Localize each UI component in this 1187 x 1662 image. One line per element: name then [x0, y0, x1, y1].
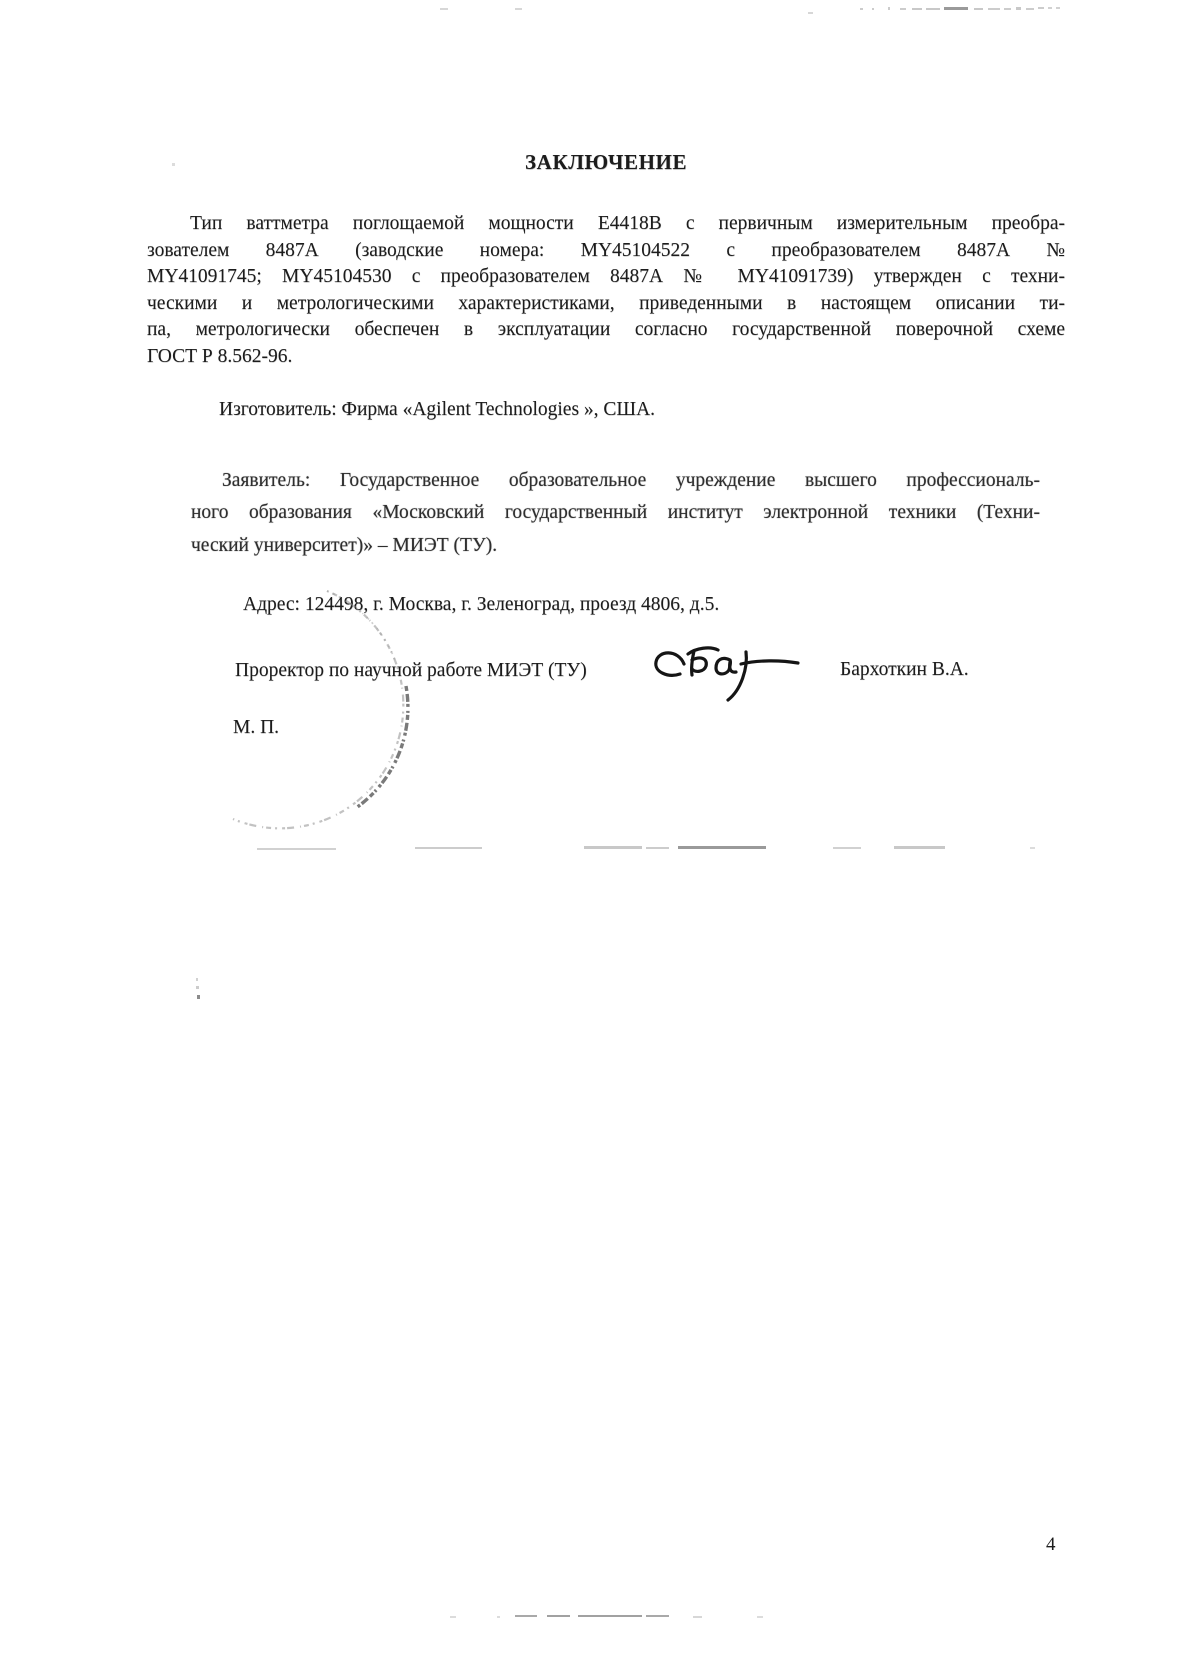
signer-role-label: Проректор по научной работе МИЭТ (ТУ) [235, 658, 587, 685]
page-number: 4 [1046, 1534, 1056, 1556]
paragraph-line: ного образования «Московский государстве… [191, 497, 1040, 529]
manufacturer-line: Изготовитель: Фирма «Agilent Technologie… [219, 397, 655, 424]
handwritten-signature-icon [648, 638, 823, 713]
main-paragraph: Тип ваттметра поглощаемой мощности Е4418… [147, 211, 1065, 371]
seal-place-label: М. П. [233, 715, 279, 742]
applicant-paragraph: Заявитель: Государственное образовательн… [191, 465, 1040, 562]
paragraph-line: Тип ваттметра поглощаемой мощности Е4418… [147, 211, 1065, 238]
paragraph-line: ческий университет)» – МИЭТ (ТУ). [191, 530, 1040, 562]
paragraph-line: Заявитель: Государственное образовательн… [191, 465, 1040, 497]
paragraph-line: зователем 8487А (заводские номера: MY451… [147, 238, 1065, 265]
paragraph-line: ГОСТ Р 8.562-96. [147, 344, 1065, 371]
paragraph-line: MY41091745; MY45104530 с преобразователе… [147, 264, 1065, 291]
round-seal-arc-icon [140, 575, 460, 855]
paragraph-line: па, метрологически обеспечен в эксплуата… [147, 317, 1065, 344]
signer-name: Бархоткин В.А. [840, 657, 969, 684]
document-title: ЗАКЛЮЧЕНИЕ [525, 150, 687, 174]
paragraph-line: ческими и метрологическими характеристик… [147, 291, 1065, 318]
